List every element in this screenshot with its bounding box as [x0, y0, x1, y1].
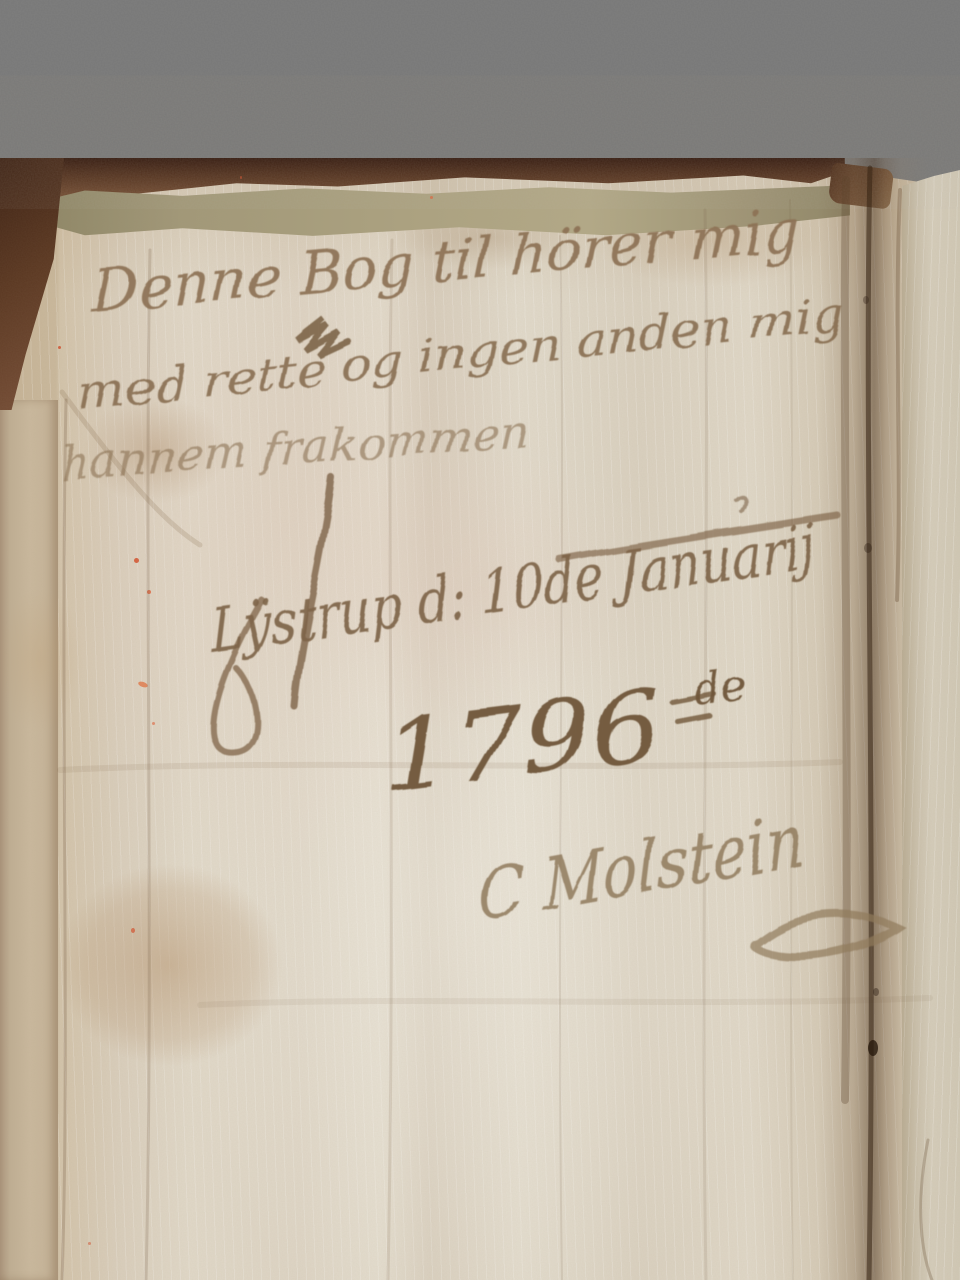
stone-grain	[0, 0, 960, 190]
photo-old-book-inscription: Denne Bog til hörer mig med rette og ing…	[0, 0, 960, 1280]
handwriting-overlay: Denne Bog til hörer mig med rette og ing…	[0, 0, 960, 1280]
